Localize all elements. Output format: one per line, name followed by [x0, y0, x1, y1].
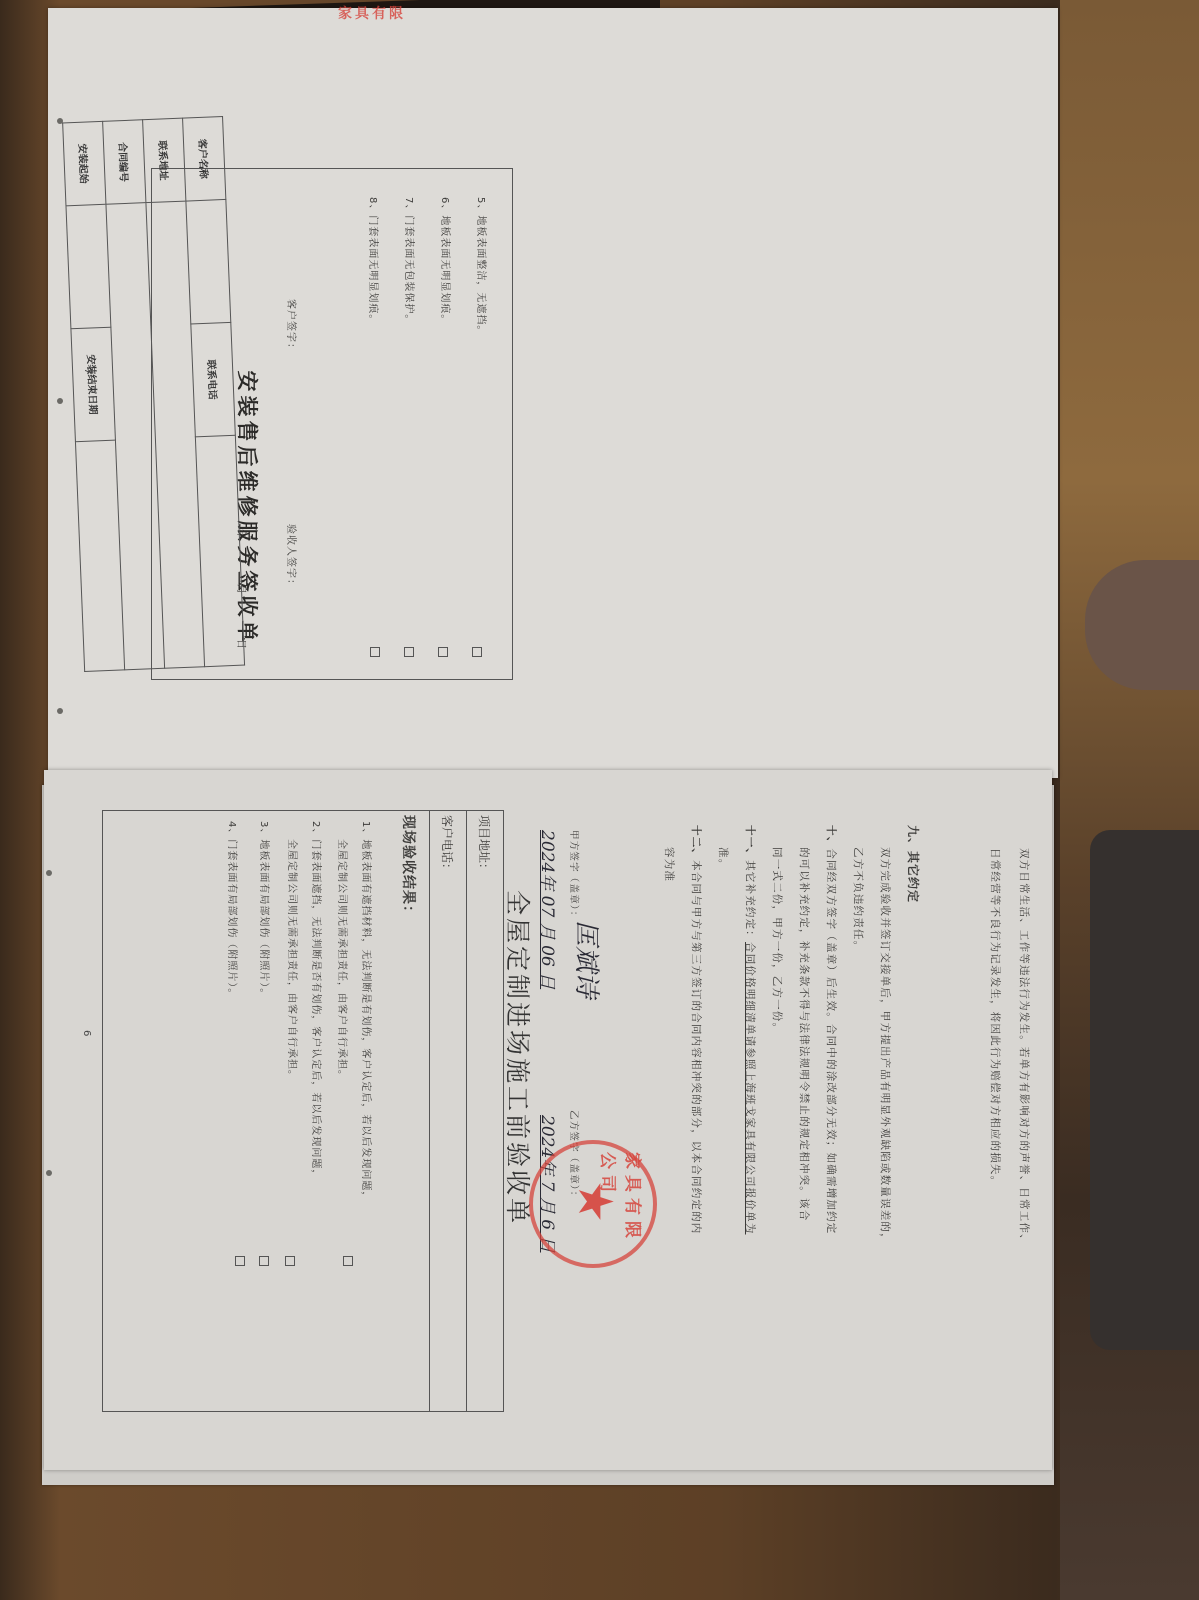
- checklist-item: 8、门套表面无明显划痕。: [367, 197, 382, 325]
- acceptance-item: 2、门套表面遮挡，无法判断是否有划伤，客户认定后，若以后发现问题，: [310, 821, 325, 1180]
- contact-address-label: 联系地址: [143, 118, 186, 203]
- section-10-text: 合同经双方签字（盖章）后生效。合同中的涂改部分无效；如确需增加约定: [825, 848, 837, 1234]
- checkbox[interactable]: [343, 1256, 353, 1266]
- section-11-underlined-text: 合同价格明细清单请参照上海班戈家具有限公司报价单为: [744, 942, 756, 1235]
- acceptance-item-continued: 全屋定制公司则无需承担责任，由客户自行承担。: [286, 839, 301, 1081]
- party-a-date: 2024年 07 月 06 日: [537, 830, 562, 989]
- checkbox[interactable]: [235, 1256, 245, 1266]
- contract-number-label: 合同编号: [103, 120, 146, 205]
- acceptance-item-continued: 全屋定制公司则无需承担责任，由客户自行承担。: [336, 839, 351, 1081]
- customer-signature-label: 客户签字：: [285, 299, 300, 354]
- customer-phone-label: 客户电话：: [439, 815, 456, 875]
- customer-phone-row[interactable]: 客户电话：: [429, 811, 466, 1411]
- page-number: 7: [82, 368, 93, 374]
- install-end-date-label: 安装结束日期: [71, 327, 116, 442]
- background-object: [1090, 830, 1199, 1350]
- acceptance-result-heading: 现场验收结果：: [399, 815, 419, 920]
- binder-hole: [57, 708, 63, 714]
- checkbox[interactable]: [472, 647, 482, 657]
- customer-name-value[interactable]: [186, 199, 231, 324]
- checkbox[interactable]: [285, 1256, 295, 1266]
- party-a-signature: 匡斌诗: [570, 920, 607, 998]
- service-info-table: 客户名称 联系电话 联系地址 合同编号 安装起始 安装结束日期: [62, 116, 245, 672]
- intro-line: 双方日常生活、工作等违法行为发生。若单方有影响对方的声誉、日常工作、: [1017, 848, 1032, 1408]
- checkbox[interactable]: [438, 647, 448, 657]
- acceptance-item: 3、地板表面有局部划伤（附照片）。: [258, 821, 273, 999]
- background-slipper: [1085, 560, 1199, 690]
- acceptance-item: 1、地板表面有遮挡材料，无法判断是有划伤，客户认定后，若以后发现问题，: [360, 821, 375, 1202]
- seal-star-icon: ★: [571, 1180, 619, 1223]
- project-address-row[interactable]: 项目地址：: [466, 811, 503, 1411]
- checkbox[interactable]: [404, 647, 414, 657]
- red-stamp-fragment: 家具有限: [338, 3, 406, 23]
- inspector-signature-label: 验收人签字：: [285, 524, 300, 590]
- contract-clauses: 双方日常生活、工作等违法行为发生。若单方有影响对方的声誉、日常工作、 日常经营等…: [964, 848, 1032, 1408]
- install-start-label: 安装起始: [63, 121, 106, 206]
- acceptance-form: 项目地址： 客户电话： 现场验收结果： 1、地板表面有遮挡材料，无法判断是有划伤…: [102, 810, 504, 1412]
- section-9-text: 乙方不负违约责任。: [851, 847, 866, 1425]
- section-11-prefix: 其它补充约定：: [744, 860, 756, 942]
- project-address-label: 项目地址：: [476, 815, 493, 875]
- section-10-number: 十、: [825, 825, 837, 848]
- section-12-number: 十二、: [690, 825, 702, 860]
- checklist-item: 7、门套表面无包装保护。: [403, 197, 418, 325]
- section-10-text: 的可以补充约定，补充条款不得与法律法规明令禁止的规定相冲突。该合: [797, 847, 812, 1425]
- background-floor: [1060, 0, 1199, 1600]
- company-seal: 家具有限公司 ★: [529, 1140, 657, 1268]
- contact-phone-label: 联系电话: [191, 322, 236, 437]
- section-10-text: 同一式二份，甲方一份，乙方一份。: [770, 847, 785, 1425]
- document-page-7: 5、地板表面整洁，无遮挡。 6、地板表面无明显划痕。 7、门套表面无包装保护。 …: [48, 8, 1058, 778]
- checklist-item: 6、地板表面无明显划痕。: [439, 197, 454, 325]
- section-12-text: 容为准: [662, 847, 677, 1425]
- checklist-item: 5、地板表面整洁，无遮挡。: [475, 197, 490, 336]
- acceptance-item: 4、门套表面有局部划伤（附照片）。: [226, 821, 241, 999]
- binder-hole: [46, 1170, 52, 1176]
- checkbox[interactable]: [259, 1256, 269, 1266]
- section-11-text: 准。: [716, 847, 731, 1425]
- section-12-text: 本合同与甲方与第三方签订的合同内容相冲突的部分，以本合同约定的内: [690, 860, 702, 1234]
- binder-hole: [57, 398, 63, 404]
- customer-name-label: 客户名称: [183, 117, 226, 202]
- checkbox[interactable]: [370, 647, 380, 657]
- intro-line: 日常经营等不良行为记录发生，将因此行为赔偿对方相应的损失。: [988, 848, 1003, 1408]
- page-number: 6: [81, 1030, 92, 1036]
- clauses-block: 九、其它约定 双方完成验收并签订交接单后，甲方提出产品有明显外观缺陷或数量误差的…: [650, 825, 922, 1425]
- document-page-6: 双方日常生活、工作等违法行为发生。若单方有影响对方的声誉、日常工作、 日常经营等…: [44, 770, 1052, 1470]
- binder-hole: [46, 870, 52, 876]
- acceptance-form-title: 全屋定制进场施工前验收单: [501, 890, 537, 1226]
- party-a-signature-label: 甲方签字（盖章）：: [568, 830, 582, 922]
- section-9-heading: 九、其它约定: [905, 825, 922, 1425]
- section-11-number: 十一、: [744, 825, 756, 860]
- install-start-value[interactable]: [66, 204, 111, 329]
- section-9-text: 双方完成验收并签订交接单后，甲方提出产品有明显外观缺陷或数量误差的，: [878, 847, 893, 1425]
